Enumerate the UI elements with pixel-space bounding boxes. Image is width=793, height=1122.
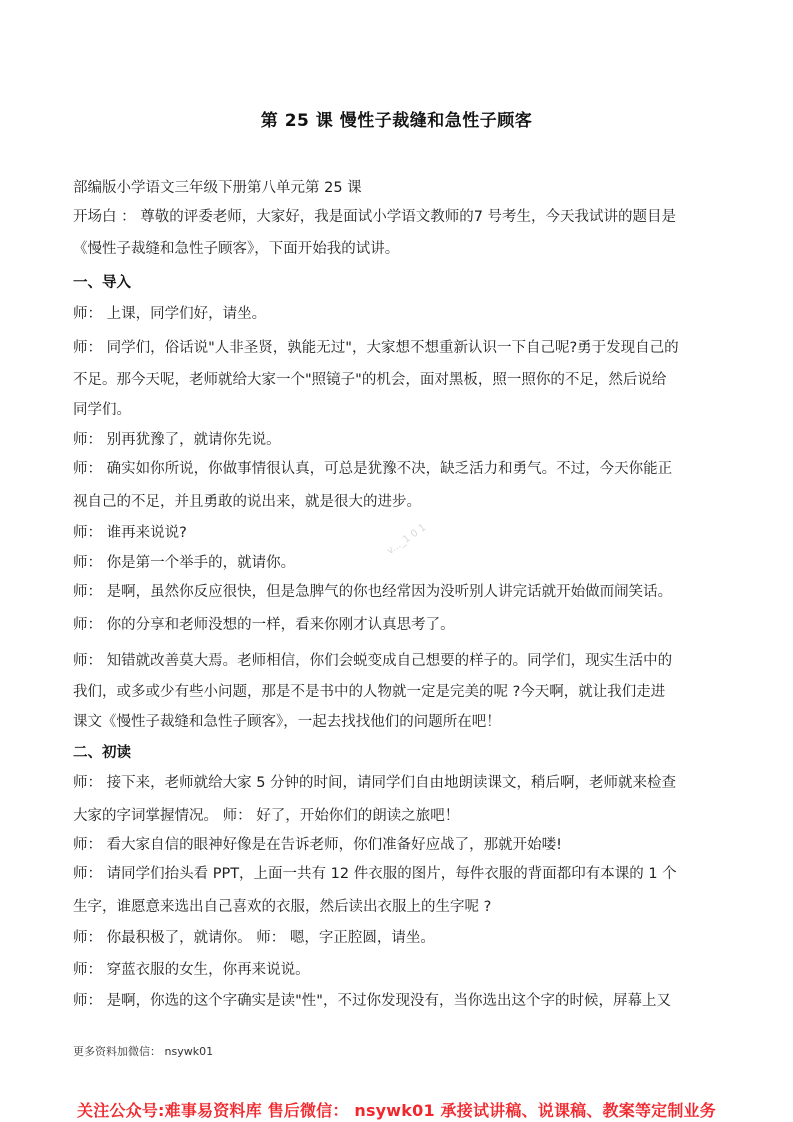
dialogue-line: 师： 确实如你所说，你做事情很认真，可总是犹豫不决，缺乏活力和勇气。不过，今天你… — [73, 457, 672, 478]
section-heading-intro: 一、导入 — [73, 271, 131, 292]
watermark: v..._1 0 1 — [385, 522, 428, 557]
dialogue-line: 师： 穿蓝衣服的女生，你再来说说。 — [73, 958, 310, 979]
dialogue-line: 大家的字词掌握情况。 师： 好了，开始你们的朗读之旅吧！ — [73, 804, 459, 825]
lesson-subtitle: 部编版小学语文三年级下册第八单元第 25 课 — [73, 176, 362, 197]
dialogue-line: 师： 别再犹豫了，就请你先说。 — [73, 428, 281, 449]
dialogue-line: 师： 你是第一个举手的，就请你。 — [73, 551, 295, 572]
dialogue-line: 师： 看大家自信的眼神好像是在告诉老师，你们准备好应战了，那就开始喽! — [73, 833, 562, 854]
dialogue-line: 同学们。 — [73, 398, 131, 419]
dialogue-line: 视自己的不足，并且勇敢的说出来，就是很大的进步。 — [73, 490, 421, 511]
dialogue-line: 我们，或多或少有些小问题，那是不是书中的人物就一定是完美的呢 ?今天啊，就让我们… — [73, 680, 665, 701]
dialogue-line: 师： 你最积极了，就请你。 师： 嗯，字正腔圆，请坐。 — [73, 926, 435, 947]
dialogue-line: 不足。那今天呢，老师就给大家一个"照镜子"的机会，面对黑板，照一照你的不足，然后… — [73, 368, 666, 389]
dialogue-line: 师： 请同学们抬头看 PPT，上面一共有 12 件衣服的图片，每件衣服的背面都印… — [73, 862, 677, 883]
footnote-wechat: 更多资料加微信： nsywk01 — [73, 1043, 213, 1059]
lesson-title: 第 25 课 慢性子裁缝和急性子顾客 — [0, 106, 793, 131]
dialogue-line: 师： 接下来，老师就给大家 5 分钟的时间，请同学们自由地朗读课文，稍后啊，老师… — [73, 771, 676, 792]
dialogue-line: 师： 同学们，俗话说"人非圣贤，孰能无过"，大家想不想重新认识一下自己呢?勇于发… — [73, 336, 679, 357]
dialogue-line: 课文《慢性子裁缝和急性子顾客》，一起去找找他们的问题所在吧！ — [73, 710, 501, 731]
dialogue-line: 师： 是啊，虽然你反应很快，但是急脾气的你也经常因为没听别人讲完话就开始做而闹笑… — [73, 580, 672, 601]
document-page: 第 25 课 慢性子裁缝和急性子顾客 部编版小学语文三年级下册第八单元第 25 … — [0, 0, 793, 1122]
dialogue-line: 师： 是啊，你选的这个字确实是读"性"，不过你发现没有，当你选出这个字的时候，屏… — [73, 989, 671, 1010]
dialogue-line: 师： 你的分享和老师没想的一样，看来你刚才认真思考了。 — [73, 613, 455, 634]
dialogue-line: 生字，谁愿意来选出自己喜欢的衣服，然后读出衣服上的生字呢 ? — [73, 895, 491, 916]
section-heading-first-reading: 二、初读 — [73, 741, 131, 762]
opening-line: 开场白 ： 尊敬的评委老师，大家好，我是面试小学语文教师的7 号考生，今天我试讲… — [73, 205, 676, 226]
opening-line: 《慢性子裁缝和急性子顾客》，下面开始我的试讲。 — [73, 237, 399, 258]
dialogue-line: 师： 谁再来说说? — [73, 521, 187, 542]
promo-banner: 关注公众号:难事易资料库 售后微信： nsywk01 承接试讲稿、说课稿、教案等… — [0, 1098, 793, 1121]
dialogue-line: 师： 上课，同学们好，请坐。 — [73, 302, 266, 323]
dialogue-line: 师： 知错就改善莫大焉。老师相信，你们会蜕变成自己想要的样子的。同学们，现实生活… — [73, 649, 672, 670]
